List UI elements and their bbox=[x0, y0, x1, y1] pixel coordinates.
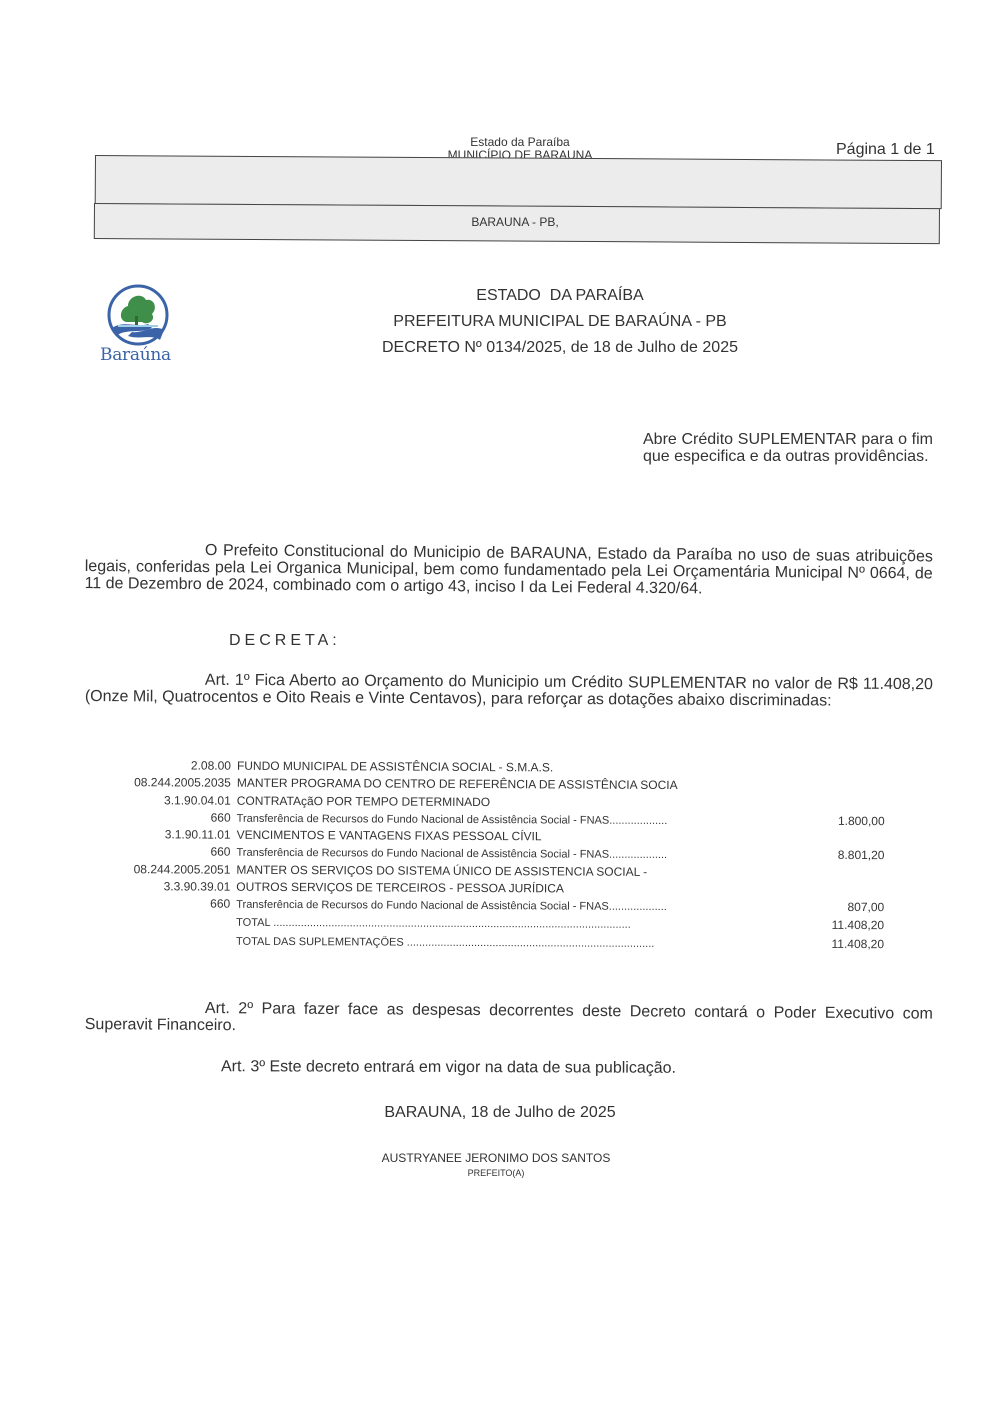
row-description: OUTROS SERVIÇOS DE TERCEIROS - PESSOA JU… bbox=[236, 880, 786, 897]
row-description: Transferência de Recursos do Fundo Nacio… bbox=[236, 899, 786, 914]
row-amount bbox=[787, 790, 885, 791]
row-description: MANTER OS SERVIÇOS DO SISTEMA ÚNICO DE A… bbox=[236, 863, 786, 880]
row-description: FUNDO MUNICIPAL DE ASSISTÊNCIA SOCIAL - … bbox=[237, 759, 787, 776]
row-code: 3.3.90.39.01 bbox=[94, 879, 236, 894]
row-amount bbox=[786, 894, 884, 895]
row-code: 660 bbox=[94, 844, 236, 859]
total-value: 11.408,20 bbox=[786, 917, 884, 932]
row-amount: 8.801,20 bbox=[786, 848, 884, 863]
row-amount bbox=[787, 842, 885, 843]
row-code: 08.244.2005.2035 bbox=[95, 775, 237, 790]
row-description: Transferência de Recursos do Fundo Nacio… bbox=[237, 813, 787, 828]
row-code: 2.08.00 bbox=[95, 758, 237, 773]
row-amount bbox=[787, 807, 885, 808]
header-blank-bar bbox=[95, 155, 942, 209]
grand-total-label: TOTAL DAS SUPLEMENTAÇÕES ...............… bbox=[236, 935, 786, 950]
decree-number: DECRETO Nº 0134/2025, de 18 de Julho de … bbox=[300, 339, 820, 357]
signatory-role: PREFEITO(A) bbox=[0, 1168, 992, 1178]
budget-allocation-table: 2.08.00FUNDO MUNICIPAL DE ASSISTÊNCIA SO… bbox=[94, 758, 895, 956]
row-code: 3.1.90.04.01 bbox=[95, 793, 237, 808]
row-description: Transferência de Recursos do Fundo Nacio… bbox=[236, 847, 786, 862]
row-description: MANTER PROGRAMA DO CENTRO DE REFERÊNCIA … bbox=[237, 776, 787, 793]
row-code: 660 bbox=[95, 810, 237, 825]
row-description: CONTRATAçãO POR TEMPO DETERMINADO bbox=[237, 793, 787, 810]
title-prefecture: PREFEITURA MUNICIPAL DE BARAÚNA - PB bbox=[300, 313, 820, 331]
page-indicator: Página 1 de 1 bbox=[836, 141, 935, 159]
row-amount bbox=[787, 773, 885, 774]
logo-wordmark: Baraúna bbox=[100, 345, 171, 365]
row-description: VENCIMENTOS E VANTAGENS FIXAS PESSOAL CÍ… bbox=[237, 828, 787, 845]
signatory-name: AUSTRYANEE JERONIMO DOS SANTOS bbox=[0, 1151, 992, 1165]
row-code: 3.1.90.11.01 bbox=[95, 827, 237, 842]
header-location-text: BARAUNA - PB, bbox=[0, 215, 1000, 229]
article-1: Art. 1º Fica Aberto ao Orçamento do Muni… bbox=[85, 671, 933, 710]
total-label: TOTAL ..................................… bbox=[236, 916, 786, 931]
row-code: 660 bbox=[94, 896, 236, 911]
intro-text: O Prefeito Constitucional do Municipio d… bbox=[85, 542, 933, 597]
intro-paragraph: O Prefeito Constitucional do Municipio d… bbox=[85, 541, 933, 599]
decree-summary: Abre Crédito SUPLEMENTAR para o fim que … bbox=[643, 431, 933, 465]
row-amount: 807,00 bbox=[786, 900, 884, 915]
title-state: ESTADO DA PARAÍBA bbox=[300, 287, 820, 305]
row-amount bbox=[786, 876, 884, 877]
article-1-text: Art. 1º Fica Aberto ao Orçamento do Muni… bbox=[85, 672, 933, 710]
row-amount: 1.800,00 bbox=[787, 814, 885, 829]
decreta-heading: DECRETA: bbox=[229, 632, 341, 650]
article-2: Art. 2º Para fazer face as despesas deco… bbox=[85, 999, 933, 1040]
table-grand-total-row: TOTAL DAS SUPLEMENTAÇÕES ...............… bbox=[94, 933, 894, 956]
article-2-text: Art. 2º Para fazer face as despesas deco… bbox=[85, 1000, 933, 1034]
article-3: Art. 3º Este decreto entrará em vigor na… bbox=[221, 1058, 676, 1078]
municipal-coat-tree-hands-icon bbox=[98, 284, 178, 348]
table-rows: 2.08.00FUNDO MUNICIPAL DE ASSISTÊNCIA SO… bbox=[94, 758, 895, 918]
row-code: 08.244.2005.2051 bbox=[94, 862, 236, 877]
grand-total-value: 11.408,20 bbox=[786, 936, 884, 951]
place-date: BARAUNA, 18 de Julho de 2025 bbox=[0, 1104, 1000, 1122]
